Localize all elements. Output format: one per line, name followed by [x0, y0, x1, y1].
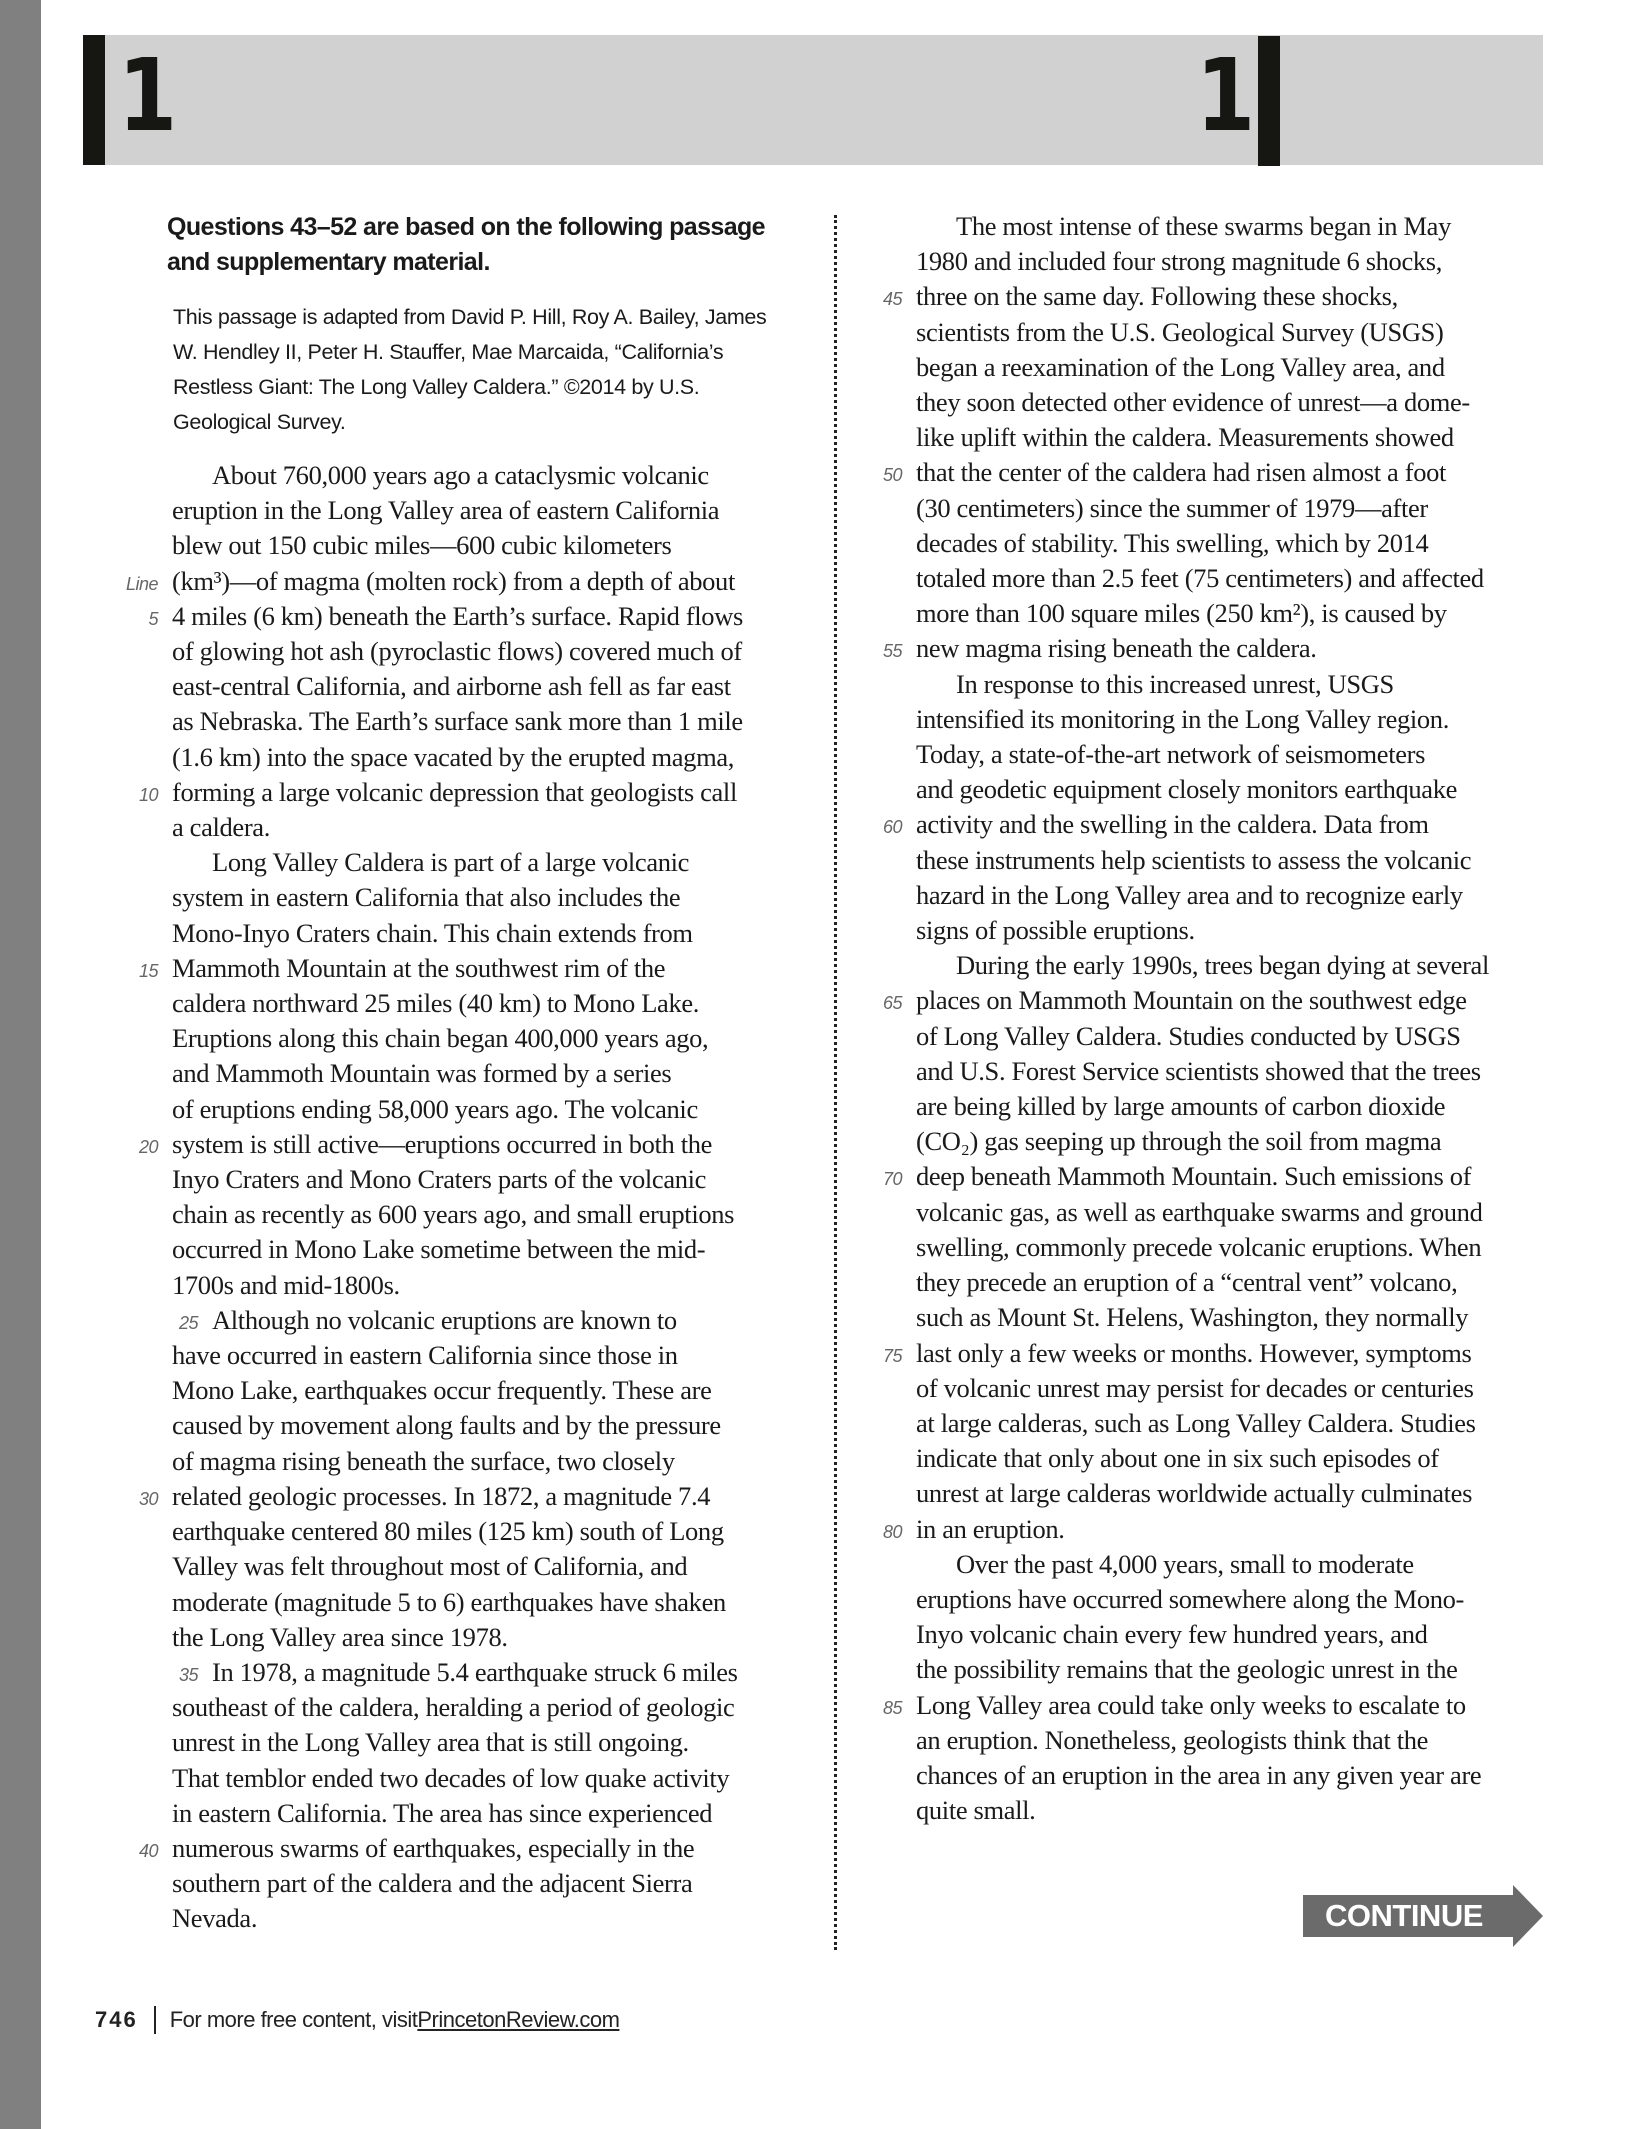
- passage-line-text: 4 miles (6 km) beneath the Earth’s surfa…: [172, 601, 743, 631]
- passage-line: Eruptions along this chain began 400,000…: [172, 1021, 812, 1056]
- page-number: 746: [95, 2005, 138, 2035]
- passage-line: intensified its monitoring in the Long V…: [916, 702, 1546, 737]
- passage-line: Mono-Inyo Craters chain. This chain exte…: [172, 916, 812, 951]
- arrow-right-icon: [1513, 1885, 1543, 1947]
- continue-label: CONTINUE: [1325, 1897, 1483, 1935]
- passage-line: In response to this increased unrest, US…: [916, 667, 1546, 702]
- passage-line: Today, a state-of-the-art network of sei…: [916, 737, 1546, 772]
- passage-line-text: quite small.: [916, 1795, 1035, 1825]
- passage-line: last only a few weeks or months. However…: [916, 1336, 1546, 1371]
- passage-line-text: like uplift within the caldera. Measurem…: [916, 422, 1454, 452]
- passage-line-text: unrest in the Long Valley area that is s…: [172, 1727, 689, 1757]
- questions-heading: Questions 43–52 are based on the followi…: [167, 210, 807, 280]
- passage-line-text: Nevada.: [172, 1903, 257, 1933]
- passage-line-text: deep beneath Mammoth Mountain. Such emis…: [916, 1161, 1471, 1191]
- passage-line-text: the possibility remains that the geologi…: [916, 1654, 1458, 1684]
- passage-line-text: system is still active—eruptions occurre…: [172, 1129, 712, 1159]
- passage-line: began a reexamination of the Long Valley…: [916, 350, 1546, 385]
- passage-line-text: volcanic gas, as well as earthquake swar…: [916, 1197, 1482, 1227]
- passage-line-text: scientists from the U.S. Geological Surv…: [916, 317, 1444, 347]
- passage-line-text: east-central California, and airborne as…: [172, 671, 731, 701]
- passage-line-text: as Nebraska. The Earth’s surface sank mo…: [172, 706, 743, 736]
- section-header-bar-left: [83, 35, 105, 165]
- passage-line-text: such as Mount St. Helens, Washington, th…: [916, 1302, 1468, 1332]
- line-number: 85: [883, 1691, 902, 1726]
- line-number: 25: [179, 1306, 198, 1341]
- passage-line: unrest at large calderas worldwide actua…: [916, 1476, 1546, 1511]
- passage-line: moderate (magnitude 5 to 6) earthquakes …: [172, 1585, 812, 1620]
- passage-line-text: swelling, commonly precede volcanic erup…: [916, 1232, 1481, 1262]
- passage-line: of Long Valley Caldera. Studies conducte…: [916, 1019, 1546, 1054]
- passage-line-text: they precede an eruption of a “central v…: [916, 1267, 1457, 1297]
- passage-line-text: of glowing hot ash (pyroclastic flows) c…: [172, 636, 742, 666]
- passage-line: About 760,000 years ago a cataclysmic vo…: [172, 458, 812, 493]
- passage-line-text: forming a large volcanic depression that…: [172, 777, 737, 807]
- passage-line: they soon detected other evidence of unr…: [916, 385, 1546, 420]
- passage-line-text: chances of an eruption in the area in an…: [916, 1760, 1481, 1790]
- passage-line: Long Valley Caldera is part of a large v…: [172, 845, 812, 880]
- passage-line-text: a caldera.: [172, 812, 270, 842]
- passage-line: Inyo Craters and Mono Craters parts of t…: [172, 1162, 812, 1197]
- passage-line-text: indicate that only about one in six such…: [916, 1443, 1439, 1473]
- passage-column-right: The most intense of these swarms began i…: [916, 209, 1546, 1828]
- passage-line: eruption in the Long Valley area of east…: [172, 493, 812, 528]
- passage-line: Over the past 4,000 years, small to mode…: [916, 1547, 1546, 1582]
- passage-line: volcanic gas, as well as earthquake swar…: [916, 1195, 1546, 1230]
- passage-line: decades of stability. This swelling, whi…: [916, 526, 1546, 561]
- passage-line: During the early 1990s, trees began dyin…: [916, 948, 1546, 983]
- passage-line: Although no volcanic eruptions are known…: [172, 1303, 812, 1338]
- passage-line: as Nebraska. The Earth’s surface sank mo…: [172, 704, 812, 739]
- passage-line-text: chain as recently as 600 years ago, and …: [172, 1199, 734, 1229]
- passage-line-text: and U.S. Forest Service scientists showe…: [916, 1056, 1481, 1086]
- passage-line-text: Long Valley area could take only weeks t…: [916, 1690, 1466, 1720]
- passage-line-text: blew out 150 cubic miles—600 cubic kilom…: [172, 530, 671, 560]
- passage-line-text: an eruption. Nonetheless, geologists thi…: [916, 1725, 1428, 1755]
- passage-line-text: totaled more than 2.5 feet (75 centimete…: [916, 563, 1484, 593]
- passage-line: chain as recently as 600 years ago, and …: [172, 1197, 812, 1232]
- passage-line-text: in eastern California. The area has sinc…: [172, 1798, 712, 1828]
- passage-line: (km³)—of magma (molten rock) from a dept…: [172, 564, 812, 599]
- passage-line-text: eruptions have occurred somewhere along …: [916, 1584, 1464, 1614]
- passage-line: Mono Lake, earthquakes occur frequently.…: [172, 1373, 812, 1408]
- passage-line: That temblor ended two decades of low qu…: [172, 1761, 812, 1796]
- passage-line-text: that the center of the caldera had risen…: [916, 457, 1446, 487]
- passage-line: at large calderas, such as Long Valley C…: [916, 1406, 1546, 1441]
- passage-line-text: 1700s and mid-1800s.: [172, 1270, 400, 1300]
- footer-text: For more free content, visit: [170, 2005, 418, 2035]
- passage-line: scientists from the U.S. Geological Surv…: [916, 315, 1546, 350]
- passage-line-text: hazard in the Long Valley area and to re…: [916, 880, 1463, 910]
- passage-line: eruptions have occurred somewhere along …: [916, 1582, 1546, 1617]
- passage-line-text: occurred in Mono Lake sometime between t…: [172, 1234, 705, 1264]
- passage-line: caldera northward 25 miles (40 km) to Mo…: [172, 986, 812, 1021]
- column-divider: [834, 215, 837, 1950]
- passage-line-text: (1.6 km) into the space vacated by the e…: [172, 742, 734, 772]
- passage-line-text: at large calderas, such as Long Valley C…: [916, 1408, 1476, 1438]
- passage-line: the possibility remains that the geologi…: [916, 1652, 1546, 1687]
- passage-line-text: new magma rising beneath the caldera.: [916, 633, 1317, 663]
- passage-line: such as Mount St. Helens, Washington, th…: [916, 1300, 1546, 1335]
- passage-line: system is still active—eruptions occurre…: [172, 1127, 812, 1162]
- passage-line: (CO₂) gas seeping up through the soil fr…: [916, 1124, 1546, 1159]
- passage-line-text: and Mammoth Mountain was formed by a ser…: [172, 1058, 671, 1088]
- passage-line: Long Valley area could take only weeks t…: [916, 1688, 1546, 1723]
- passage-column-left: About 760,000 years ago a cataclysmic vo…: [172, 458, 812, 1937]
- line-number: 65: [883, 986, 902, 1021]
- passage-line-text: (CO₂) gas seeping up through the soil fr…: [916, 1126, 1441, 1156]
- passage-line: occurred in Mono Lake sometime between t…: [172, 1232, 812, 1267]
- passage-line: of eruptions ending 58,000 years ago. Th…: [172, 1092, 812, 1127]
- section-header-band: [83, 35, 1543, 165]
- passage-line: totaled more than 2.5 feet (75 centimete…: [916, 561, 1546, 596]
- passage-line: blew out 150 cubic miles—600 cubic kilom…: [172, 528, 812, 563]
- passage-line: in eastern California. The area has sinc…: [172, 1796, 812, 1831]
- continue-button[interactable]: CONTINUE: [1303, 1885, 1541, 1947]
- passage-line-text: system in eastern California that also i…: [172, 882, 680, 912]
- passage-line: more than 100 square miles (250 km²), is…: [916, 596, 1546, 631]
- passage-line: Inyo volcanic chain every few hundred ye…: [916, 1617, 1546, 1652]
- passage-line-text: Mono-Inyo Craters chain. This chain exte…: [172, 918, 693, 948]
- passage-line-text: places on Mammoth Mountain on the southw…: [916, 985, 1467, 1015]
- passage-line: hazard in the Long Valley area and to re…: [916, 878, 1546, 913]
- passage-line-text: signs of possible eruptions.: [916, 915, 1195, 945]
- source-line: This passage is adapted from David P. Hi…: [173, 300, 813, 335]
- passage-line-text: have occurred in eastern California sinc…: [172, 1340, 678, 1370]
- passage-line: deep beneath Mammoth Mountain. Such emis…: [916, 1159, 1546, 1194]
- line-number: 40: [139, 1834, 158, 1869]
- passage-line: system in eastern California that also i…: [172, 880, 812, 915]
- passage-line: (30 centimeters) since the summer of 197…: [916, 491, 1546, 526]
- passage-line-text: activity and the swelling in the caldera…: [916, 809, 1429, 839]
- passage-line-text: During the early 1990s, trees began dyin…: [956, 950, 1489, 980]
- passage-line-text: In 1978, a magnitude 5.4 earthquake stru…: [212, 1657, 738, 1687]
- passage-line-text: 1980 and included four strong magnitude …: [916, 246, 1442, 276]
- passage-line-text: (30 centimeters) since the summer of 197…: [916, 493, 1428, 523]
- passage-line: swelling, commonly precede volcanic erup…: [916, 1230, 1546, 1265]
- passage-line: forming a large volcanic depression that…: [172, 775, 812, 810]
- passage-line-text: moderate (magnitude 5 to 6) earthquakes …: [172, 1587, 726, 1617]
- princeton-review-link[interactable]: PrincetonReview.com: [417, 2005, 619, 2035]
- passage-line: caused by movement along faults and by t…: [172, 1408, 812, 1443]
- passage-line-text: these instruments help scientists to ass…: [916, 845, 1471, 875]
- line-number: 5: [148, 602, 158, 637]
- line-number: 60: [883, 810, 902, 845]
- passage-line: in an eruption.80: [916, 1512, 1546, 1547]
- passage-line-text: of eruptions ending 58,000 years ago. Th…: [172, 1094, 698, 1124]
- passage-line: of volcanic unrest may persist for decad…: [916, 1371, 1546, 1406]
- passage-line: and Mammoth Mountain was formed by a ser…: [172, 1056, 812, 1091]
- passage-line: and geodetic equipment closely monitors …: [916, 772, 1546, 807]
- passage-line: and U.S. Forest Service scientists showe…: [916, 1054, 1546, 1089]
- passage-line: a caldera.: [172, 810, 812, 845]
- passage-line: indicate that only about one in six such…: [916, 1441, 1546, 1476]
- passage-line-text: more than 100 square miles (250 km²), is…: [916, 598, 1447, 628]
- section-number-left: 1: [118, 46, 177, 146]
- passage-line-text: they soon detected other evidence of unr…: [916, 387, 1470, 417]
- passage-line-text: eruption in the Long Valley area of east…: [172, 495, 719, 525]
- passage-line-text: (km³)—of magma (molten rock) from a dept…: [172, 566, 735, 596]
- passage-line-text: Long Valley Caldera is part of a large v…: [212, 847, 689, 877]
- passage-line: unrest in the Long Valley area that is s…: [172, 1725, 812, 1760]
- passage-line-text: of Long Valley Caldera. Studies conducte…: [916, 1021, 1461, 1051]
- line-number: 10: [139, 778, 158, 813]
- source-line: Restless Giant: The Long Valley Caldera.…: [173, 370, 813, 405]
- passage-line: related geologic processes. In 1872, a m…: [172, 1479, 812, 1514]
- passage-line-text: Inyo Craters and Mono Craters parts of t…: [172, 1164, 706, 1194]
- passage-line-text: caldera northward 25 miles (40 km) to Mo…: [172, 988, 699, 1018]
- passage-line-text: southeast of the caldera, heralding a pe…: [172, 1692, 734, 1722]
- passage-line: new magma rising beneath the caldera.55: [916, 631, 1546, 666]
- passage-line: southeast of the caldera, heralding a pe…: [172, 1690, 812, 1725]
- passage-line: east-central California, and airborne as…: [172, 669, 812, 704]
- section-number-right: 1: [1196, 46, 1255, 146]
- passage-line-text: caused by movement along faults and by t…: [172, 1410, 721, 1440]
- passage-line: activity and the swelling in the caldera…: [916, 807, 1546, 842]
- page-footer: 746 For more free content, visit Princet…: [95, 2005, 619, 2035]
- passage-line: places on Mammoth Mountain on the southw…: [916, 983, 1546, 1018]
- passage-line-text: three on the same day. Following these s…: [916, 281, 1398, 311]
- passage-line-text: related geologic processes. In 1872, a m…: [172, 1481, 710, 1511]
- line-number: 70: [883, 1162, 902, 1197]
- passage-line-text: in an eruption.: [916, 1514, 1065, 1544]
- passage-line: (1.6 km) into the space vacated by the e…: [172, 740, 812, 775]
- passage-line-text: of magma rising beneath the surface, two…: [172, 1446, 675, 1476]
- passage-line: an eruption. Nonetheless, geologists thi…: [916, 1723, 1546, 1758]
- passage-line: The most intense of these swarms began i…: [916, 209, 1546, 244]
- source-line: W. Hendley II, Peter H. Stauffer, Mae Ma…: [173, 335, 813, 370]
- line-number: 50: [883, 458, 902, 493]
- line-number: 20: [139, 1130, 158, 1165]
- line-number: 30: [139, 1482, 158, 1517]
- passage-line-text: and geodetic equipment closely monitors …: [916, 774, 1457, 804]
- line-number: 35: [179, 1658, 198, 1693]
- line-number: Line: [126, 567, 158, 602]
- passage-line: they precede an eruption of a “central v…: [916, 1265, 1546, 1300]
- section-header-bar-right: [1258, 36, 1280, 166]
- passage-line-text: Mammoth Mountain at the southwest rim of…: [172, 953, 665, 983]
- passage-line-text: the Long Valley area since 1978.: [172, 1622, 508, 1652]
- passage-line: 1980 and included four strong magnitude …: [916, 244, 1546, 279]
- passage-line: Valley was felt throughout most of Calif…: [172, 1549, 812, 1584]
- passage-line: three on the same day. Following these s…: [916, 279, 1546, 314]
- passage-line-text: are being killed by large amounts of car…: [916, 1091, 1445, 1121]
- line-number: 45: [883, 282, 902, 317]
- passage-line: earthquake centered 80 miles (125 km) so…: [172, 1514, 812, 1549]
- line-number: 55: [883, 634, 902, 669]
- passage-line-text: decades of stability. This swelling, whi…: [916, 528, 1428, 558]
- passage-line: southern part of the caldera and the adj…: [172, 1866, 812, 1901]
- passage-line: quite small.: [916, 1793, 1546, 1828]
- passage-line-text: unrest at large calderas worldwide actua…: [916, 1478, 1472, 1508]
- passage-line-text: That temblor ended two decades of low qu…: [172, 1763, 729, 1793]
- passage-line-text: About 760,000 years ago a cataclysmic vo…: [212, 460, 709, 490]
- passage-line: these instruments help scientists to ass…: [916, 843, 1546, 878]
- footer-separator: [154, 2006, 156, 2034]
- passage-line: like uplift within the caldera. Measurem…: [916, 420, 1546, 455]
- passage-line-text: In response to this increased unrest, US…: [956, 669, 1394, 699]
- line-number: 75: [883, 1339, 902, 1374]
- passage-line: that the center of the caldera had risen…: [916, 455, 1546, 490]
- passage-line-text: earthquake centered 80 miles (125 km) so…: [172, 1516, 724, 1546]
- passage-line-text: Eruptions along this chain began 400,000…: [172, 1023, 708, 1053]
- passage-line: 1700s and mid-1800s.: [172, 1268, 812, 1303]
- passage-line-text: southern part of the caldera and the adj…: [172, 1868, 692, 1898]
- passage-line-text: The most intense of these swarms began i…: [956, 211, 1451, 241]
- passage-line-text: last only a few weeks or months. However…: [916, 1338, 1472, 1368]
- passage-line: the Long Valley area since 1978.: [172, 1620, 812, 1655]
- source-line: Geological Survey.: [173, 405, 813, 440]
- passage-line: Mammoth Mountain at the southwest rim of…: [172, 951, 812, 986]
- passage-line: numerous swarms of earthquakes, especial…: [172, 1831, 812, 1866]
- passage-line: of glowing hot ash (pyroclastic flows) c…: [172, 634, 812, 669]
- passage-line-text: Mono Lake, earthquakes occur frequently.…: [172, 1375, 712, 1405]
- passage-line: have occurred in eastern California sinc…: [172, 1338, 812, 1373]
- passage-line-text: Over the past 4,000 years, small to mode…: [956, 1549, 1414, 1579]
- passage-line: In 1978, a magnitude 5.4 earthquake stru…: [172, 1655, 812, 1690]
- passage-line-text: began a reexamination of the Long Valley…: [916, 352, 1445, 382]
- line-number: 15: [139, 954, 158, 989]
- passage-line: are being killed by large amounts of car…: [916, 1089, 1546, 1124]
- passage-line-text: Although no volcanic eruptions are known…: [212, 1305, 677, 1335]
- passage-line-text: Valley was felt throughout most of Calif…: [172, 1551, 687, 1581]
- passage-line-text: Today, a state-of-the-art network of sei…: [916, 739, 1425, 769]
- passage-line-text: numerous swarms of earthquakes, especial…: [172, 1833, 694, 1863]
- passage-line-text: intensified its monitoring in the Long V…: [916, 704, 1449, 734]
- passage-line: of magma rising beneath the surface, two…: [172, 1444, 812, 1479]
- passage-line: chances of an eruption in the area in an…: [916, 1758, 1546, 1793]
- passage-source-citation: This passage is adapted from David P. Hi…: [173, 300, 813, 440]
- passage-line: 4 miles (6 km) beneath the Earth’s surfa…: [172, 599, 812, 634]
- passage-line-text: Inyo volcanic chain every few hundred ye…: [916, 1619, 1428, 1649]
- page-binding-strip: [0, 0, 41, 2129]
- line-number: 80: [883, 1515, 902, 1550]
- passage-line-text: of volcanic unrest may persist for decad…: [916, 1373, 1474, 1403]
- passage-line: signs of possible eruptions.: [916, 913, 1546, 948]
- passage-line: Nevada.: [172, 1901, 812, 1936]
